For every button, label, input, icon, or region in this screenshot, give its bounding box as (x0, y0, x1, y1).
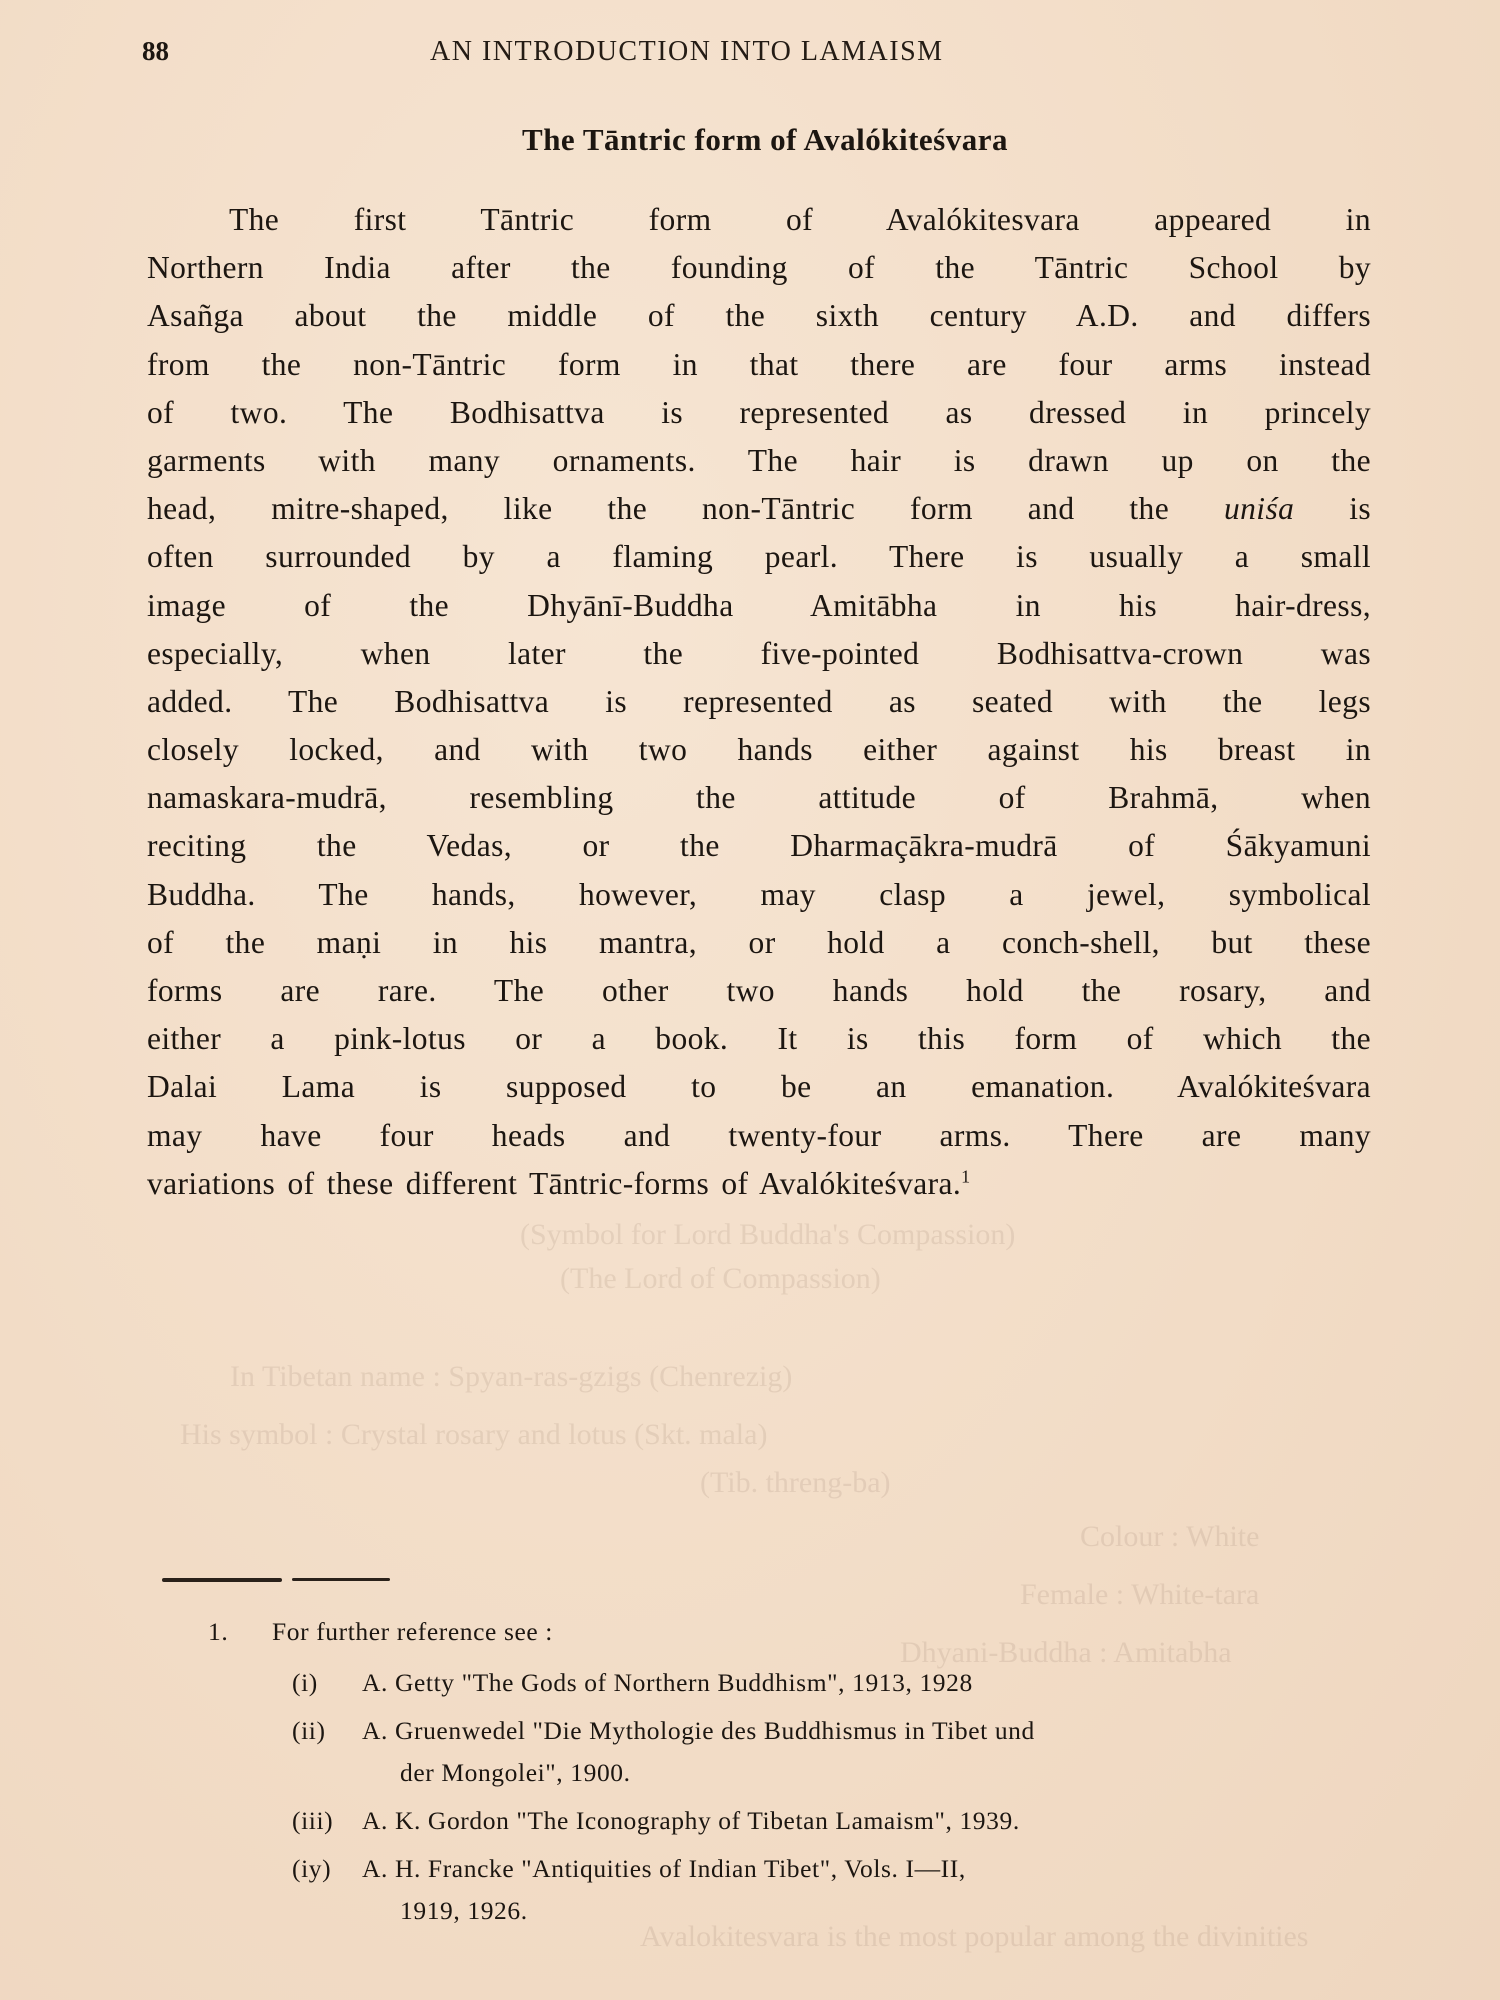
body-line: of the maṇi in his mantra, or hold a con… (147, 919, 1371, 967)
body-line: reciting the Vedas, or the Dharmaçākra-m… (147, 822, 1371, 870)
body-line-last: variations of these different Tāntric-fo… (147, 1160, 1371, 1208)
body-line: either a pink-lotus or a book. It is thi… (147, 1015, 1371, 1063)
show-through-text: Colour : White (1080, 1520, 1259, 1554)
show-through-text: His symbol : Crystal rosary and lotus (S… (180, 1418, 767, 1452)
divider-segment (292, 1578, 390, 1581)
body-line-with-italic: head, mitre-shaped, like the non-Tāntric… (147, 485, 1371, 533)
footnote-reference: (iy) A. H. Francke "Antiquities of India… (208, 1848, 1388, 1932)
show-through-text: In Tibetan name : Spyan-ras-gzigs (Chenr… (230, 1360, 792, 1394)
footnote-heading-text: For further reference see : (272, 1617, 553, 1646)
body-line: of two. The Bodhisattva is represented a… (147, 389, 1371, 437)
reference-text-continued: 1919, 1926. (362, 1890, 1388, 1932)
body-line: Dalai Lama is supposed to be an emanatio… (147, 1063, 1371, 1111)
show-through-text: (Tib. threng-ba) (700, 1466, 891, 1500)
footnotes: 1.For further reference see : (i) A. Get… (208, 1612, 1388, 1938)
show-through-text: (The Lord of Compassion) (560, 1262, 881, 1296)
body-line: Asañga about the middle of the sixth cen… (147, 292, 1371, 340)
body-line: Northern India after the founding of the… (147, 244, 1371, 292)
section-title: The Tāntric form of Avalókiteśvara (0, 122, 1500, 158)
reference-numeral: (iy) (292, 1848, 331, 1890)
show-through-text: Female : White-tara (1020, 1578, 1259, 1612)
reference-numeral: (ii) (292, 1710, 326, 1752)
page-number: 88 (142, 36, 169, 67)
body-line: may have four heads and twenty-four arms… (147, 1112, 1371, 1160)
body-line-text: variations of these different Tāntric-fo… (147, 1166, 961, 1201)
body-line: The first Tāntric form of Avalókitesvara… (147, 196, 1371, 244)
reference-text: A. K. Gordon "The Iconography of Tibetan… (362, 1806, 1020, 1835)
footnote-number: 1. (208, 1612, 272, 1652)
reference-text: A. Getty "The Gods of Northern Buddhism"… (362, 1668, 973, 1697)
page-header: 88 AN INTRODUCTION INTO LAMAISM (0, 36, 1500, 76)
body-line: image of the Dhyānī-Buddha Amitābha in h… (147, 582, 1371, 630)
body-line: closely locked, and with two hands eithe… (147, 726, 1371, 774)
footnote-reference: (ii) A. Gruenwedel "Die Mythologie des B… (208, 1710, 1388, 1794)
body-paragraph: The first Tāntric form of Avalókitesvara… (147, 196, 1371, 1208)
footnote-divider (162, 1578, 390, 1582)
body-line: garments with many ornaments. The hair i… (147, 437, 1371, 485)
body-line: Buddha. The hands, however, may clasp a … (147, 871, 1371, 919)
reference-text: A. H. Francke "Antiquities of Indian Tib… (362, 1854, 966, 1883)
footnote-heading: 1.For further reference see : (208, 1612, 1388, 1662)
footnote-reference: (i) A. Getty "The Gods of Northern Buddh… (208, 1662, 1388, 1704)
show-through-text: (Symbol for Lord Buddha's Compassion) (520, 1218, 1015, 1252)
running-head: AN INTRODUCTION INTO LAMAISM (430, 36, 944, 68)
footnote-marker[interactable]: 1 (961, 1166, 970, 1186)
body-line: forms are rare. The other two hands hold… (147, 967, 1371, 1015)
italic-term: uniśa (1224, 491, 1294, 526)
body-line: often surrounded by a flaming pearl. The… (147, 533, 1371, 581)
body-line: added. The Bodhisattva is represented as… (147, 678, 1371, 726)
reference-numeral: (i) (292, 1662, 318, 1704)
body-line: especially, when later the five-pointed … (147, 630, 1371, 678)
body-line: namaskara-mudrā, resembling the attitude… (147, 774, 1371, 822)
footnote-reference: (iii) A. K. Gordon "The Iconography of T… (208, 1800, 1388, 1842)
reference-text: A. Gruenwedel "Die Mythologie des Buddhi… (362, 1716, 1035, 1745)
reference-numeral: (iii) (292, 1800, 333, 1842)
body-line-text: head, mitre-shaped, like the non-Tāntric… (147, 491, 1169, 526)
divider-segment (162, 1578, 282, 1582)
body-line: from the non-Tāntric form in that there … (147, 341, 1371, 389)
body-line-tail: is (1349, 491, 1371, 526)
reference-text-continued: der Mongolei", 1900. (362, 1752, 1388, 1794)
